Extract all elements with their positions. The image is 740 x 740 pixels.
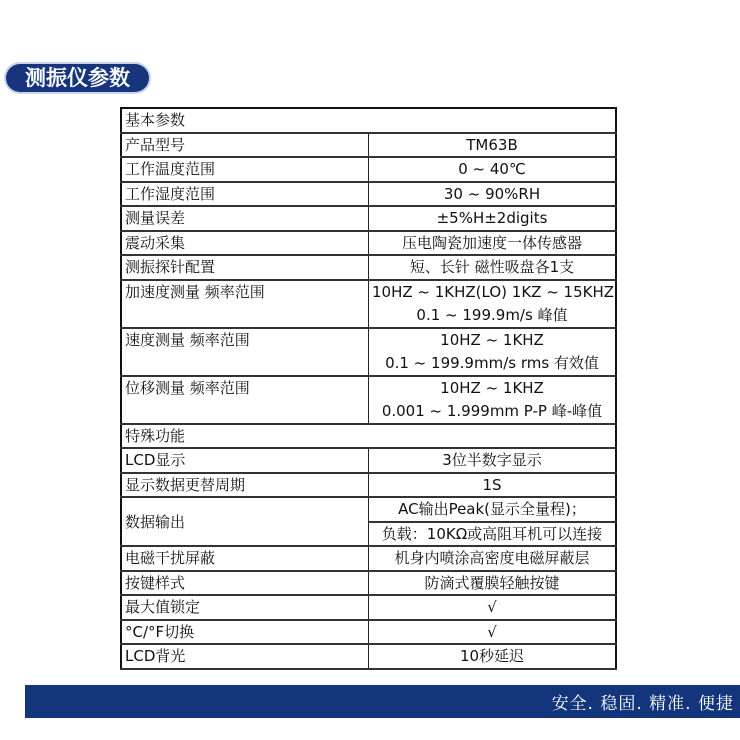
spec-value: 0 ~ 40℃ (369, 157, 617, 182)
spec-value: 防滴式覆膜轻触按键 (369, 571, 617, 596)
spec-value-line: 10HZ ~ 1KHZ (372, 377, 612, 400)
table-row: 测振探针配置 短、长针 磁性吸盘各1支 (121, 255, 616, 280)
spec-value: 负载：10KΩ或高阻耳机可以连接 (369, 522, 617, 547)
table-section-row: 基本参数 (121, 108, 616, 133)
table-row: 工作温度范围 0 ~ 40℃ (121, 157, 616, 182)
check-mark-icon: √ (369, 595, 617, 620)
spec-label: 最大值锁定 (121, 595, 369, 620)
table-row: 显示数据更替周期 1S (121, 473, 616, 498)
spec-label: 加速度测量 频率范围 (121, 280, 369, 328)
spec-value: 1S (369, 473, 617, 498)
spec-label: 位移测量 频率范围 (121, 376, 369, 424)
spec-label: 测振探针配置 (121, 255, 369, 280)
table-row: 工作湿度范围 30 ~ 90%RH (121, 182, 616, 207)
spec-value: 30 ~ 90%RH (369, 182, 617, 207)
spec-table: 基本参数 产品型号 TM63B 工作温度范围 0 ~ 40℃ 工作湿度范围 30… (120, 107, 617, 670)
spec-label: 工作湿度范围 (121, 182, 369, 207)
table-row: 加速度测量 频率范围 10HZ ~ 1KHZ(LO) 1KZ ~ 15KHZ(H… (121, 280, 616, 328)
table-row: 震动采集 压电陶瓷加速度一体传感器 (121, 231, 616, 256)
spec-label: 电磁干扰屏蔽 (121, 546, 369, 571)
section-label: 特殊功能 (121, 424, 616, 449)
section-label: 基本参数 (121, 108, 616, 133)
spec-value: 3位半数字显示 (369, 448, 617, 473)
spec-label: 震动采集 (121, 231, 369, 256)
spec-value: AC输出Peak(显示全量程)； (369, 497, 617, 522)
spec-value: 10HZ ~ 1KHZ 0.1 ~ 199.9mm/s rms 有效值 (369, 328, 617, 376)
spec-value-line: 0.1 ~ 199.9mm/s rms 有效值 (372, 352, 612, 375)
spec-value: ±5%H±2digits (369, 206, 617, 231)
table-row: °C/°F切换 √ (121, 620, 616, 645)
spec-label: 速度测量 频率范围 (121, 328, 369, 376)
spec-value: 10HZ ~ 1KHZ(LO) 1KZ ~ 15KHZ(HI) 0.1 ~ 19… (369, 280, 617, 328)
spec-value: 10HZ ~ 1KHZ 0.001 ~ 1.999mm P-P 峰-峰值 (369, 376, 617, 424)
spec-value-line: 10HZ ~ 1KHZ (372, 329, 612, 352)
spec-value: 10秒延迟 (369, 644, 617, 669)
footer-banner: 安全. 稳固. 精准. 便捷 (25, 685, 740, 718)
spec-value-line: 0.001 ~ 1.999mm P-P 峰-峰值 (372, 400, 612, 423)
spec-value: 压电陶瓷加速度一体传感器 (369, 231, 617, 256)
spec-value-line: 0.1 ~ 199.9m/s 峰值 (372, 304, 612, 327)
footer-slogan: 安全. 稳固. 精准. 便捷 (552, 689, 740, 714)
spec-label: 数据输出 (121, 497, 369, 546)
table-row: 产品型号 TM63B (121, 133, 616, 158)
section-title-badge: 测振仪参数 (6, 64, 149, 92)
spec-label: 测量误差 (121, 206, 369, 231)
table-row: 电磁干扰屏蔽 机身内喷涂高密度电磁屏蔽层 (121, 546, 616, 571)
table-row: LCD显示 3位半数字显示 (121, 448, 616, 473)
table-row: 位移测量 频率范围 10HZ ~ 1KHZ 0.001 ~ 1.999mm P-… (121, 376, 616, 424)
table-section-row: 特殊功能 (121, 424, 616, 449)
spec-value: TM63B (369, 133, 617, 158)
spec-value-line: 10HZ ~ 1KHZ(LO) 1KZ ~ 15KHZ(HI) (372, 281, 612, 304)
spec-label: 显示数据更替周期 (121, 473, 369, 498)
table-row: 最大值锁定 √ (121, 595, 616, 620)
spec-label: 按键样式 (121, 571, 369, 596)
check-mark-icon: √ (369, 620, 617, 645)
spec-label: 产品型号 (121, 133, 369, 158)
table-row: LCD背光 10秒延迟 (121, 644, 616, 669)
table-row: 按键样式 防滴式覆膜轻触按键 (121, 571, 616, 596)
spec-label: LCD显示 (121, 448, 369, 473)
spec-label: °C/°F切换 (121, 620, 369, 645)
spec-label: LCD背光 (121, 644, 369, 669)
table-row: 数据输出 AC输出Peak(显示全量程)； (121, 497, 616, 522)
spec-label: 工作温度范围 (121, 157, 369, 182)
table-row: 速度测量 频率范围 10HZ ~ 1KHZ 0.1 ~ 199.9mm/s rm… (121, 328, 616, 376)
spec-value: 机身内喷涂高密度电磁屏蔽层 (369, 546, 617, 571)
section-title: 测振仪参数 (25, 64, 130, 92)
table-row: 测量误差 ±5%H±2digits (121, 206, 616, 231)
spec-value: 短、长针 磁性吸盘各1支 (369, 255, 617, 280)
